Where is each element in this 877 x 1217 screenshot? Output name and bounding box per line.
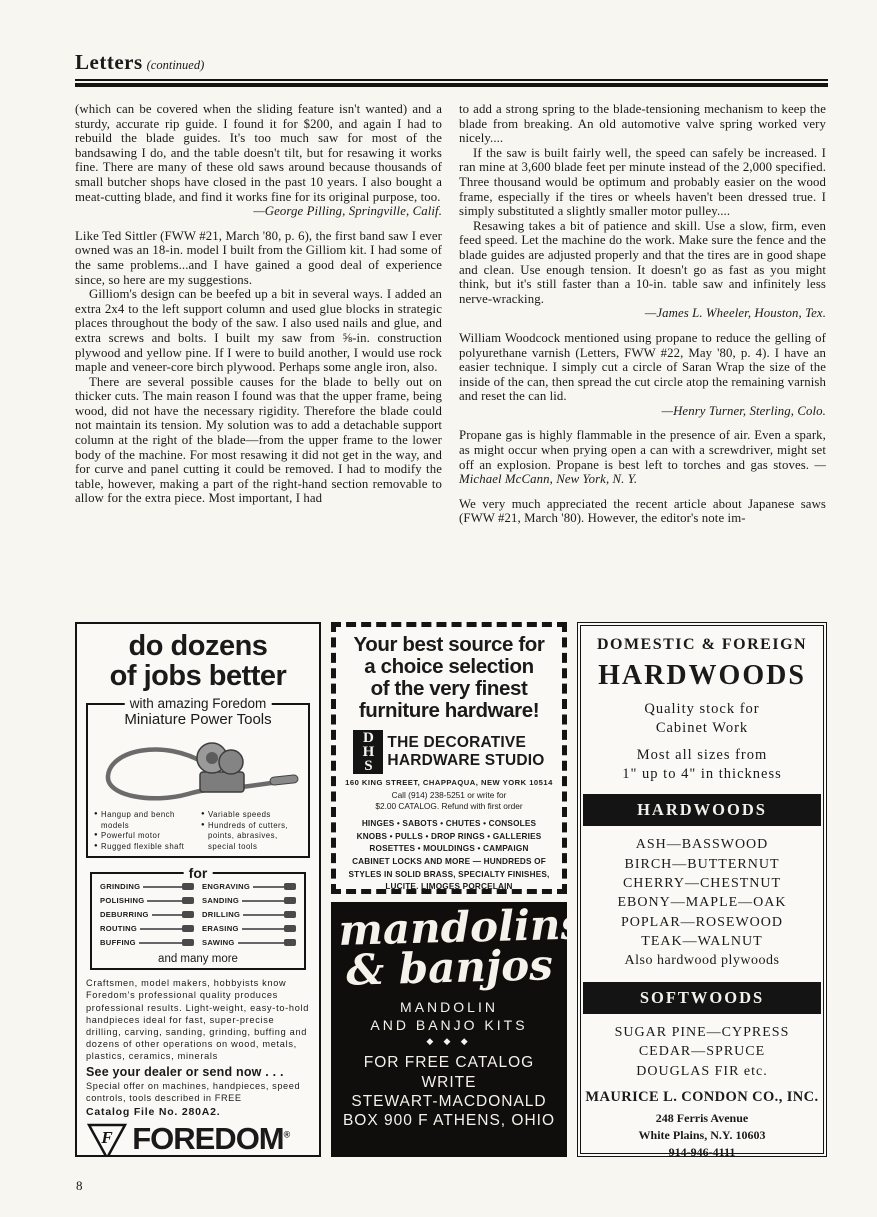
svg-text:F: F — [100, 1128, 113, 1147]
letter-paragraph: to add a strong spring to the blade-tens… — [459, 102, 826, 146]
editor-note: Propane gas is highly flammable in the p… — [459, 428, 826, 486]
condon-address: 248 Ferris Avenue White Plains, N.Y. 106… — [581, 1110, 823, 1157]
use-label: BUFFING — [100, 938, 136, 947]
bullet-item: Hangup and bench models — [94, 810, 195, 831]
condon-header: DOMESTIC & FOREIGN — [581, 636, 823, 654]
tool-bit-icon — [238, 939, 296, 946]
hardwood-species-list: ASH—BASSWOOD BIRCH—BUTTERNUT CHERRY—CHES… — [581, 835, 823, 970]
foredom-cta: See your dealer or send now . . . — [86, 1065, 310, 1079]
tool-bit-icon — [152, 911, 194, 918]
dhs-headline: Your best source for a choice selection … — [340, 634, 558, 723]
condon-title: HARDWOODS — [581, 660, 823, 692]
tool-bit-icon — [139, 939, 194, 946]
foredom-logo-row: F since 1922 SERVICE QUALITY FOREDOM® TH… — [86, 1123, 310, 1157]
left-column: (which can be covered when the sliding f… — [75, 102, 442, 616]
foredom-uses-box: for GRINDING POLISHING DEBURRING ROUTING… — [90, 872, 306, 970]
decorative-hardware-ad: Your best source for a choice selection … — [331, 622, 567, 894]
condon-sizes: Most all sizes from 1" up to 4" in thick… — [581, 746, 823, 784]
kits-label: MANDOLIN AND BANJO KITS — [339, 998, 559, 1034]
for-label: for — [184, 865, 213, 881]
tool-bit-icon — [242, 925, 296, 932]
diamond-bullets-icon: ◆ ◆ ◆ — [339, 1036, 559, 1047]
mandolins-banjos-ad: mandolins & banjos MANDOLIN AND BANJO KI… — [331, 902, 567, 1157]
dhs-monogram-logo-icon: D H S — [353, 730, 383, 774]
bullet-item: Powerful motor — [94, 831, 195, 842]
dhs-studio-name: THE DECORATIVE HARDWARE STUDIO — [387, 734, 544, 769]
page-header: Letters(continued) — [75, 50, 828, 87]
foredom-ad: do dozens of jobs better with amazing Fo… — [75, 622, 321, 1157]
letter-paragraph: If the saw is built fairly well, the spe… — [459, 146, 826, 219]
foredom-bullet-lists: Hangup and bench models Powerful motor R… — [94, 810, 302, 852]
use-label: DEBURRING — [100, 910, 149, 919]
magazine-page: Letters(continued) (which can be covered… — [0, 0, 877, 1217]
header-rule-thick — [75, 83, 828, 87]
letter-signature: —James L. Wheeler, Houston, Tex. — [459, 306, 826, 321]
bullet-item: Hundreds of cutters, points, abrasives, … — [201, 821, 302, 853]
letter-paragraph: Gilliom's design can be beefed up a bit … — [75, 287, 442, 375]
page-number: 8 — [76, 1178, 83, 1194]
condon-hardwoods-ad: DOMESTIC & FOREIGN HARDWOODS Quality sto… — [577, 622, 827, 1157]
mandolins-script-logo: mandolins & banjos — [338, 905, 560, 991]
use-label: POLISHING — [100, 896, 144, 905]
foredom-offer: Special offer on machines, handpieces, s… — [86, 1081, 310, 1105]
foredom-sub-headline2: Miniature Power Tools — [94, 711, 302, 728]
use-label: GRINDING — [100, 882, 140, 891]
flex-shaft-tool-illustration — [94, 730, 304, 808]
foredom-company: THE FOREDOM ELECTRIC COMPANY — [132, 1154, 297, 1157]
right-column: to add a strong spring to the blade-tens… — [459, 102, 826, 616]
dhs-product-list: HINGES • SABOTS • CHUTES • CONSOLES KNOB… — [340, 818, 558, 894]
letter-paragraph: William Woodcock mentioned using propane… — [459, 331, 826, 404]
dhs-street-address: 160 KING STREET, CHAPPAQUA, NEW YORK 105… — [340, 778, 558, 787]
many-more-label: and many more — [100, 953, 296, 965]
letter-paragraph: We very much appreciated the recent arti… — [459, 497, 826, 526]
letters-columns: (which can be covered when the sliding f… — [75, 102, 826, 616]
tool-bit-icon — [243, 911, 296, 918]
use-label: ENGRAVING — [202, 882, 250, 891]
condon-company-name: MAURICE L. CONDON CO., INC. — [581, 1089, 823, 1106]
bullet-item: Rugged flexible shaft — [94, 842, 195, 853]
registered-mark: ® — [284, 1130, 290, 1140]
foredom-feature-box: with amazing Foredom Miniature Power Too… — [86, 703, 310, 858]
use-label: DRILLING — [202, 910, 240, 919]
tool-bit-icon — [253, 883, 296, 890]
letter-paragraph: There are several possible causes for th… — [75, 375, 442, 506]
foredom-sub-headline: with amazing Foredom — [125, 696, 272, 711]
bullet-item: Variable speeds — [201, 810, 302, 821]
tool-bit-icon — [143, 883, 194, 890]
softwoods-bar: SOFTWOODS — [583, 982, 821, 1014]
softwood-species-list: SUGAR PINE—CYPRESS CEDAR—SPRUCE DOUGLAS … — [581, 1023, 823, 1082]
foredom-brand: FOREDOM® — [132, 1123, 297, 1154]
tool-bit-icon — [147, 897, 194, 904]
letter-paragraph: (which can be covered when the sliding f… — [75, 102, 442, 204]
foredom-body-copy: Craftsmen, model makers, hobbyists know … — [86, 977, 310, 1062]
foredom-headline: do dozens of jobs better — [86, 632, 310, 691]
hardwoods-bar: HARDWOODS — [583, 794, 821, 826]
use-label: ROUTING — [100, 924, 137, 933]
use-label: SAWING — [202, 938, 235, 947]
section-title: Letters — [75, 50, 143, 74]
letter-signature: —George Pilling, Springville, Calif. — [75, 204, 442, 219]
letter-paragraph: Resawing takes a bit of patience and ski… — [459, 219, 826, 307]
editor-note-text: Propane gas is highly flammable in the p… — [459, 428, 826, 471]
middle-ad-column: Your best source for a choice selection … — [331, 622, 567, 1157]
condon-quality: Quality stock for Cabinet Work — [581, 700, 823, 738]
letter-signature: —Henry Turner, Sterling, Colo. — [459, 404, 826, 419]
use-label: SANDING — [202, 896, 239, 905]
letter-paragraph: Like Ted Sittler (FWW #21, March '80, p.… — [75, 229, 442, 287]
catalog-write-info: FOR FREE CATALOG WRITE STEWART-MACDONALD… — [339, 1053, 559, 1131]
foredom-triangle-logo-icon: F — [86, 1123, 128, 1157]
tool-bit-icon — [242, 897, 296, 904]
foredom-catalog: Catalog File No. 280A2. — [86, 1106, 310, 1118]
tool-bit-icon — [140, 925, 194, 932]
section-subtitle: (continued) — [147, 58, 205, 72]
dhs-contact: Call (914) 238-5251 or write for $2.00 C… — [340, 790, 558, 812]
use-label: ERASING — [202, 924, 239, 933]
advertisement-row: do dozens of jobs better with amazing Fo… — [75, 622, 827, 1157]
header-rule-thin — [75, 79, 828, 81]
